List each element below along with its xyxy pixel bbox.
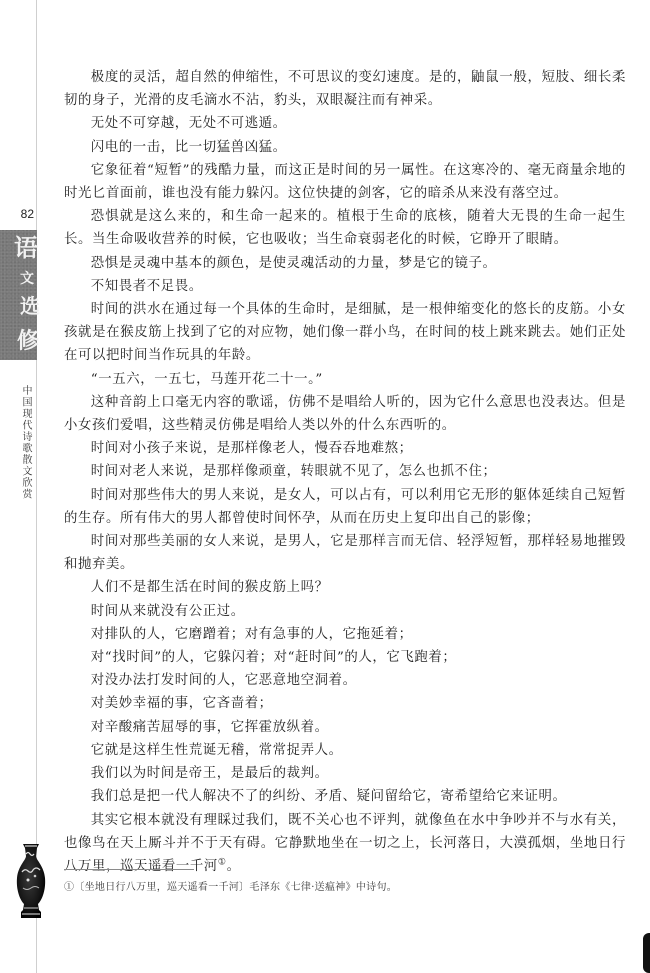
footnote-reference[interactable]: ① [218,857,227,867]
cloisonne-vase-icon [14,842,48,920]
footnote: ①〔坐地日行八万里，巡天遥看一千河〕毛泽东《七律·送瘟神》中诗句。 [64,881,624,895]
paragraph: 它就是这样生性荒诞无稽，常常捉弄人。 [64,739,626,762]
paragraph: 对辛酸痛苦屈辱的事，它挥霍放纵着。 [64,716,626,739]
paragraph-text: 其实它根本就没有理睬过我们，既不关心也不评判，就像鱼在水中争吵并不与水有关，也像… [64,813,626,874]
paragraph: 不知畏者不足畏。 [64,275,626,298]
page-edge-mark [643,933,650,973]
series-glyph: 语 [14,236,38,260]
page-number: 82 [2,207,34,221]
paragraph-end: 。 [227,859,241,874]
last-paragraph: 其实它根本就没有理睬过我们，既不关心也不评判，就像鱼在水中争吵并不与水有关，也像… [64,809,626,879]
paragraph: 人们不是都生活在时间的猴皮筋上吗？ [64,576,626,599]
paragraph: 恐惧是灵魂中基本的颜色，是使灵魂活动的力量，梦是它的镜子。 [64,252,626,275]
book-title-vertical: 中国现代诗歌散文欣赏 [20,385,32,500]
series-glyph: 文 [20,272,34,286]
series-band: 语 文 选 修 [0,230,37,360]
series-glyph: 选 [20,296,40,316]
paragraph: 闪电的一击，比一切猛兽凶猛。 [64,136,626,159]
margin-rule [36,0,37,973]
article-body: 极度的灵活，超自然的伸缩性，不可思议的变幻速度。是的，鼬鼠一般，短肢、细长柔韧的… [64,66,626,878]
paragraph: 对排队的人，它磨蹭着；对有急事的人，它拖延着； [64,623,626,646]
paragraph: 恐惧就是这么来的，和生命一起来的。植根于生命的底核，随着大无畏的生命一起生长。当… [64,205,626,251]
paragraph: 时间对老人来说，是那样像顽童，转眼就不见了，怎么也抓不住； [64,460,626,483]
paragraph: 我们以为时间是帝王，是最后的裁判。 [64,762,626,785]
paragraph: 我们总是把一代人解决不了的纠纷、矛盾、疑问留给它，寄希望给它来证明。 [64,785,626,808]
paragraph: 极度的灵活，超自然的伸缩性，不可思议的变幻速度。是的，鼬鼠一般，短肢、细长柔韧的… [64,66,626,112]
paragraph: 无处不可穿越，无处不可逃遁。 [64,112,626,135]
paragraph: 对没办法打发时间的人，它恶意地空洞着。 [64,669,626,692]
paragraph: 时间的洪水在通过每一个具体的生命时，是细腻，是一根伸缩变化的悠长的皮筋。小女孩就… [64,298,626,368]
paragraph: 它象征着“短暂”的残酷力量，而这正是时间的另一属性。在这寒冷的、毫无商量余地的时… [64,159,626,205]
paragraph: 时间对那些伟大的男人来说，是女人，可以占有，可以利用它无形的躯体延续自己短暂的生… [64,484,626,530]
paragraph: 对“找时间”的人，它躲闪着；对“赶时间”的人，它飞跑着； [64,646,626,669]
paragraph: 时间对小孩子来说，是那样像老人，慢吞吞地难熬； [64,437,626,460]
paragraph: 时间从来就没有公正过。 [64,600,626,623]
paragraph: 对美妙幸福的事，它吝啬着； [64,692,626,715]
paragraph: “一五六，一五七，马莲开花二十一。” [64,368,626,391]
series-glyph: 修 [17,330,39,352]
paragraph: 时间对那些美丽的女人来说，是男人，它是那样言而无信、轻浮短暂，那样轻易地摧毁和抛… [64,530,626,576]
footnote-divider [64,869,194,870]
paragraph: 这种音韵上口毫无内容的歌谣，仿佛不是唱给人听的，因为它什么意思也没表达。但是小女… [64,391,626,437]
